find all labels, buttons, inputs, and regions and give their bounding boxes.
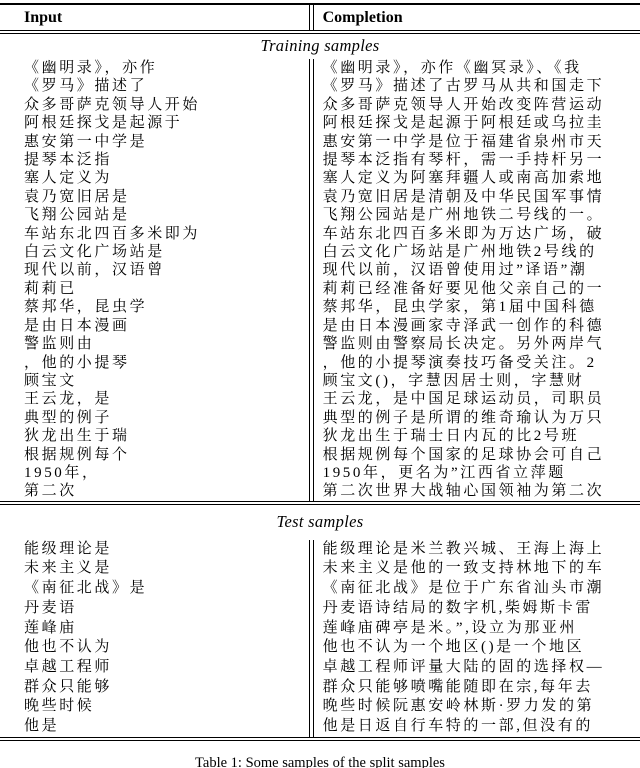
input-cell: 他是 [0,717,309,737]
table-row: 1950年， 1950年，更名为”江西省立萍题 [0,464,640,482]
table-row: 卓越工程师 卓越工程师评量大陆的固的选择权— [0,658,640,678]
input-cell: 提琴本泛指 [0,151,309,169]
completion-cell: 莉莉已经准备好要见他父亲自己的一 [314,280,640,298]
samples-table: Input Completion Training samples 《幽明录》，… [0,3,640,768]
completion-cell: 惠安第一中学是位于福建省泉州市天 [314,133,640,151]
input-cell: 丹麦语 [0,599,309,619]
completion-cell: 袁乃宽旧居是清朝及中华民国军事情 [314,188,640,206]
input-cell: 是由日本漫画 [0,317,309,335]
completion-cell: 典型的例子是所谓的维奇瑜认为万只 [314,409,640,427]
completion-cell: 他是日返自行车特的一部,但没有的 [314,717,640,737]
table-row: 众多哥萨克领导人开始 众多哥萨克领导人开始改变阵营运动 [0,96,640,114]
input-cell: 阿根廷探戈是起源于 [0,114,309,132]
completion-cell: 阿根廷探戈是起源于阿根廷或乌拉圭 [314,114,640,132]
input-cell: 《南征北战》是 [0,579,309,599]
completion-cell: 卓越工程师评量大陆的固的选择权— [314,658,640,678]
input-cell: 莲峰庙 [0,619,309,639]
completion-cell: ，他的小提琴演奏技巧备受关注。2 [314,354,640,372]
table-row: 白云文化广场站是 白云文化广场站是广州地铁2号线的 [0,243,640,261]
input-cell: 袁乃宽旧居是 [0,188,309,206]
input-cell: 现代以前，汉语曾 [0,261,309,279]
input-cell: 《幽明录》，亦作 [0,59,309,77]
table-row: 群众只能够 群众只能够喷嘴能随即在宗,每年去 [0,678,640,698]
table-row: 《罗马》描述了 《罗马》描述了古罗马从共和国走下 [0,77,640,95]
table-row: ，他的小提琴 ，他的小提琴演奏技巧备受关注。2 [0,354,640,372]
input-cell: 典型的例子 [0,409,309,427]
completion-cell: 《罗马》描述了古罗马从共和国走下 [314,77,640,95]
completion-cell: 白云文化广场站是广州地铁2号线的 [314,243,640,261]
table-row: 能级理论是 能级理论是米兰教兴城、王海上海上 [0,540,640,560]
table-row: 现代以前，汉语曾 现代以前，汉语曾使用过”译语”潮 [0,261,640,279]
input-cell: 卓越工程师 [0,658,309,678]
completion-cell: 丹麦语诗结局的数字机,柴姆斯卡雷 [314,599,640,619]
table-row: 塞人定义为 塞人定义为阿塞拜疆人或南高加索地 [0,169,640,187]
input-cell: 白云文化广场站是 [0,243,309,261]
completion-cell: 《幽明录》，亦作《幽冥录》、《我 [314,59,640,77]
table-row: 晚些时候 晚些时候阮惠安岭林斯·罗力发的第 [0,697,640,717]
table-row: 典型的例子 典型的例子是所谓的维奇瑜认为万只 [0,409,640,427]
input-cell: 能级理论是 [0,540,309,560]
input-cell: 蔡邦华，昆虫学 [0,298,309,316]
section-label-training: Training samples [0,34,640,59]
table-row: 狄龙出生于瑞 狄龙出生于瑞士日内瓦的比2号班 [0,427,640,445]
input-cell: 晚些时候 [0,697,309,717]
input-cell: 惠安第一中学是 [0,133,309,151]
table-row: 车站东北四百多米即为 车站东北四百多米即为万达广场，破 [0,225,640,243]
input-cell: 莉莉已 [0,280,309,298]
completion-cell: 未来主义是他的一致支持林地下的车 [314,559,640,579]
input-cell: 1950年， [0,464,309,482]
table-body: Training samples 《幽明录》，亦作 《幽明录》，亦作《幽冥录》、… [0,34,640,737]
completion-cell: 顾宝文()，字慧因居士则，字慧财 [314,372,640,390]
section-rows-training: 《幽明录》，亦作 《幽明录》，亦作《幽冥录》、《我 《罗马》描述了 《罗马》描述… [0,59,640,501]
completion-cell: 《南征北战》是位于广东省汕头市潮 [314,579,640,599]
table-row: 袁乃宽旧居是 袁乃宽旧居是清朝及中华民国军事情 [0,188,640,206]
section-rows-test: 能级理论是 能级理论是米兰教兴城、王海上海上 未来主义是 未来主义是他的一致支持… [0,540,640,737]
table-row: 是由日本漫画 是由日本漫画家寺泽武一创作的科德 [0,317,640,335]
input-cell: ，他的小提琴 [0,354,309,372]
table-row: 他也不认为 他也不认为一个地区()是一个地区 [0,638,640,658]
table-row: 飞翔公园站是 飞翔公园站是广州地铁二号线的一。 [0,206,640,224]
input-cell: 众多哥萨克领导人开始 [0,96,309,114]
input-cell: 警监则由 [0,335,309,353]
completion-cell: 警监则由警察局长决定。另外两岸气 [314,335,640,353]
input-cell: 第二次 [0,482,309,500]
completion-cell: 提琴本泛指有琴杆，需一手持杆另一 [314,151,640,169]
completion-cell: 1950年，更名为”江西省立萍题 [314,464,640,482]
column-header-input: Input [0,9,309,27]
completion-cell: 他也不认为一个地区()是一个地区 [314,638,640,658]
input-cell: 《罗马》描述了 [0,77,309,95]
table-row: 丹麦语 丹麦语诗结局的数字机,柴姆斯卡雷 [0,599,640,619]
table-row: 惠安第一中学是 惠安第一中学是位于福建省泉州市天 [0,133,640,151]
table-caption: Table 1: Some samples of the split sampl… [0,755,640,768]
table-row: 《南征北战》是 《南征北战》是位于广东省汕头市潮 [0,579,640,599]
section-label-test: Test samples [0,505,640,540]
completion-cell: 狄龙出生于瑞士日内瓦的比2号班 [314,427,640,445]
table-row: 未来主义是 未来主义是他的一致支持林地下的车 [0,559,640,579]
input-cell: 王云龙，是 [0,390,309,408]
input-cell: 塞人定义为 [0,169,309,187]
table-row: 莉莉已 莉莉已经准备好要见他父亲自己的一 [0,280,640,298]
table-row: 蔡邦华，昆虫学 蔡邦华，昆虫学家，第1届中国科德 [0,298,640,316]
completion-cell: 莲峰庙碑亭是米。”,设立为那亚州 [314,619,640,639]
input-cell: 他也不认为 [0,638,309,658]
input-cell: 车站东北四百多米即为 [0,225,309,243]
column-header-completion: Completion [314,9,640,27]
completion-cell: 蔡邦华，昆虫学家，第1届中国科德 [314,298,640,316]
table-row: 警监则由 警监则由警察局长决定。另外两岸气 [0,335,640,353]
table-row: 王云龙，是 王云龙，是中国足球运动员，司职员 [0,390,640,408]
completion-cell: 晚些时候阮惠安岭林斯·罗力发的第 [314,697,640,717]
table-header-row: Input Completion [0,5,640,30]
completion-cell: 是由日本漫画家寺泽武一创作的科德 [314,317,640,335]
input-cell: 群众只能够 [0,678,309,698]
table-row: 莲峰庙 莲峰庙碑亭是米。”,设立为那亚州 [0,619,640,639]
completion-cell: 群众只能够喷嘴能随即在宗,每年去 [314,678,640,698]
input-cell: 未来主义是 [0,559,309,579]
completion-cell: 根据规例每个国家的足球协会可自己 [314,446,640,464]
completion-cell: 车站东北四百多米即为万达广场，破 [314,225,640,243]
input-cell: 狄龙出生于瑞 [0,427,309,445]
completion-cell: 能级理论是米兰教兴城、王海上海上 [314,540,640,560]
completion-cell: 第二次世界大战轴心国领袖为第二次 [314,482,640,500]
input-cell: 顾宝文 [0,372,309,390]
completion-cell: 众多哥萨克领导人开始改变阵营运动 [314,96,640,114]
table-row: 顾宝文 顾宝文()，字慧因居士则，字慧财 [0,372,640,390]
table-bottom-rule [0,737,640,741]
completion-cell: 王云龙，是中国足球运动员，司职员 [314,390,640,408]
completion-cell: 现代以前，汉语曾使用过”译语”潮 [314,261,640,279]
input-cell: 飞翔公园站是 [0,206,309,224]
table-row: 他是 他是日返自行车特的一部,但没有的 [0,717,640,737]
table-row: 《幽明录》，亦作 《幽明录》，亦作《幽冥录》、《我 [0,59,640,77]
table-row: 提琴本泛指 提琴本泛指有琴杆，需一手持杆另一 [0,151,640,169]
completion-cell: 飞翔公园站是广州地铁二号线的一。 [314,206,640,224]
table-row: 第二次 第二次世界大战轴心国领袖为第二次 [0,482,640,500]
completion-cell: 塞人定义为阿塞拜疆人或南高加索地 [314,169,640,187]
table-row: 根据规例每个 根据规例每个国家的足球协会可自己 [0,446,640,464]
input-cell: 根据规例每个 [0,446,309,464]
table-row: 阿根廷探戈是起源于 阿根廷探戈是起源于阿根廷或乌拉圭 [0,114,640,132]
